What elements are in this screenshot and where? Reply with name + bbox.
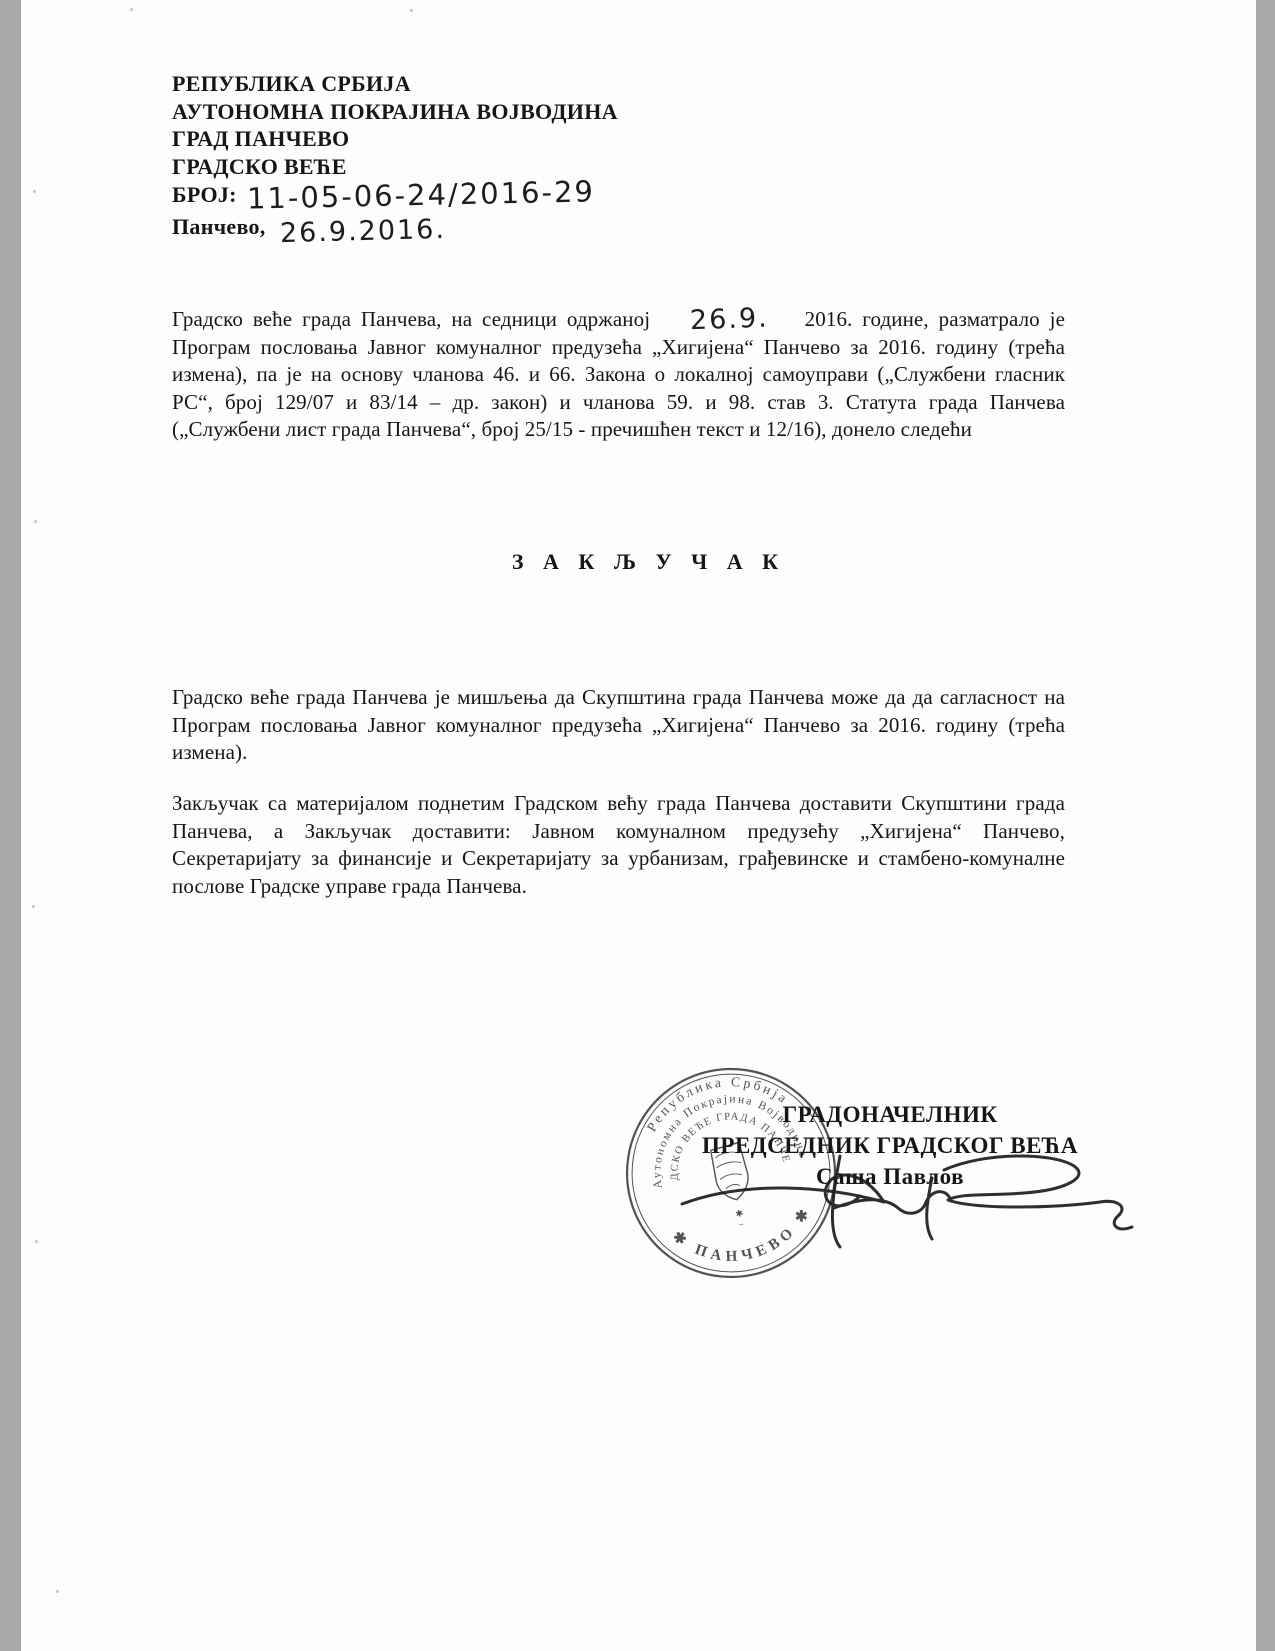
text-line: („Службени лист града Панчева“, број 25/… xyxy=(172,416,1065,444)
handwritten-document-number: 11-05-06-24/2016-29 xyxy=(247,178,595,213)
text-line: послове Градске управе града Панчева. xyxy=(172,873,1065,901)
delivery-paragraph: Закључак са материјалом поднетим Градско… xyxy=(172,790,1065,900)
handwritten-session-date: 26.9. xyxy=(660,304,796,336)
letterhead-city-line: ГРАД ПАНЧЕВО xyxy=(172,125,872,153)
handwritten-signature xyxy=(676,1146,1136,1266)
text-line: Програм пословања Јавног комуналног пред… xyxy=(172,334,1065,362)
letterhead-province-line: АУТОНОМНА ПОКРАЈИНА ВОЈВОДИНА xyxy=(172,98,872,126)
text-line: измена). xyxy=(172,739,1065,767)
text-line: измена), па је на основу чланова 46. и 6… xyxy=(172,361,1065,389)
scan-speckle xyxy=(35,1240,38,1243)
number-label: БРОЈ: xyxy=(172,182,237,207)
text-line: Секретаријату за финансије и Секретарија… xyxy=(172,845,1065,873)
scanned-document-page: РЕПУБЛИКА СРБИЈА АУТОНОМНА ПОКРАЈИНА ВОЈ… xyxy=(0,0,1275,1651)
scan-edge-left xyxy=(0,0,21,1651)
scan-edge-right xyxy=(1256,0,1275,1651)
place-label: Панчево, xyxy=(172,214,266,239)
intro-line1-pre: Градско веће града Панчева, на седници о… xyxy=(172,307,650,331)
scan-speckle xyxy=(130,8,133,11)
intro-paragraph: Градско веће града Панчева, на седници о… xyxy=(172,306,1065,444)
handwritten-date: 26.9.2016. xyxy=(279,215,446,247)
text-line: Панчева, а Закључак доставити: Јавном ко… xyxy=(172,818,1065,846)
opinion-paragraph: Градско веће града Панчева је мишљења да… xyxy=(172,684,1065,767)
scan-speckle xyxy=(410,9,413,12)
text-line: Програм пословања Јавног комуналног пред… xyxy=(172,712,1065,740)
text-line: Градско веће града Панчева је мишљења да… xyxy=(172,684,1065,712)
document-number-line: БРОЈ:11-05-06-24/2016-29 xyxy=(172,181,872,210)
text-line: РС“, број 129/07 и 83/14 – др. закон) и … xyxy=(172,389,1065,417)
signatory-title-line1: ГРАДОНАЧЕЛНИК xyxy=(640,1099,1140,1130)
letterhead-republic-line: РЕПУБЛИКА СРБИЈА xyxy=(172,70,872,98)
scan-speckle xyxy=(33,190,36,193)
text-line: Закључак са материјалом поднетим Градско… xyxy=(172,790,1065,818)
scan-speckle xyxy=(32,905,35,908)
place-date-line: Панчево,26.9.2016. xyxy=(172,213,872,246)
text-line: Градско веће града Панчева, на седници о… xyxy=(172,306,1065,334)
document-title: З А К Љ У Ч А К xyxy=(202,549,1095,575)
scan-speckle xyxy=(56,1590,59,1593)
scan-speckle xyxy=(34,520,37,523)
intro-line1-post: 2016. године, разматрало је xyxy=(805,307,1065,331)
letterhead: РЕПУБЛИКА СРБИЈА АУТОНОМНА ПОКРАЈИНА ВОЈ… xyxy=(172,70,872,245)
